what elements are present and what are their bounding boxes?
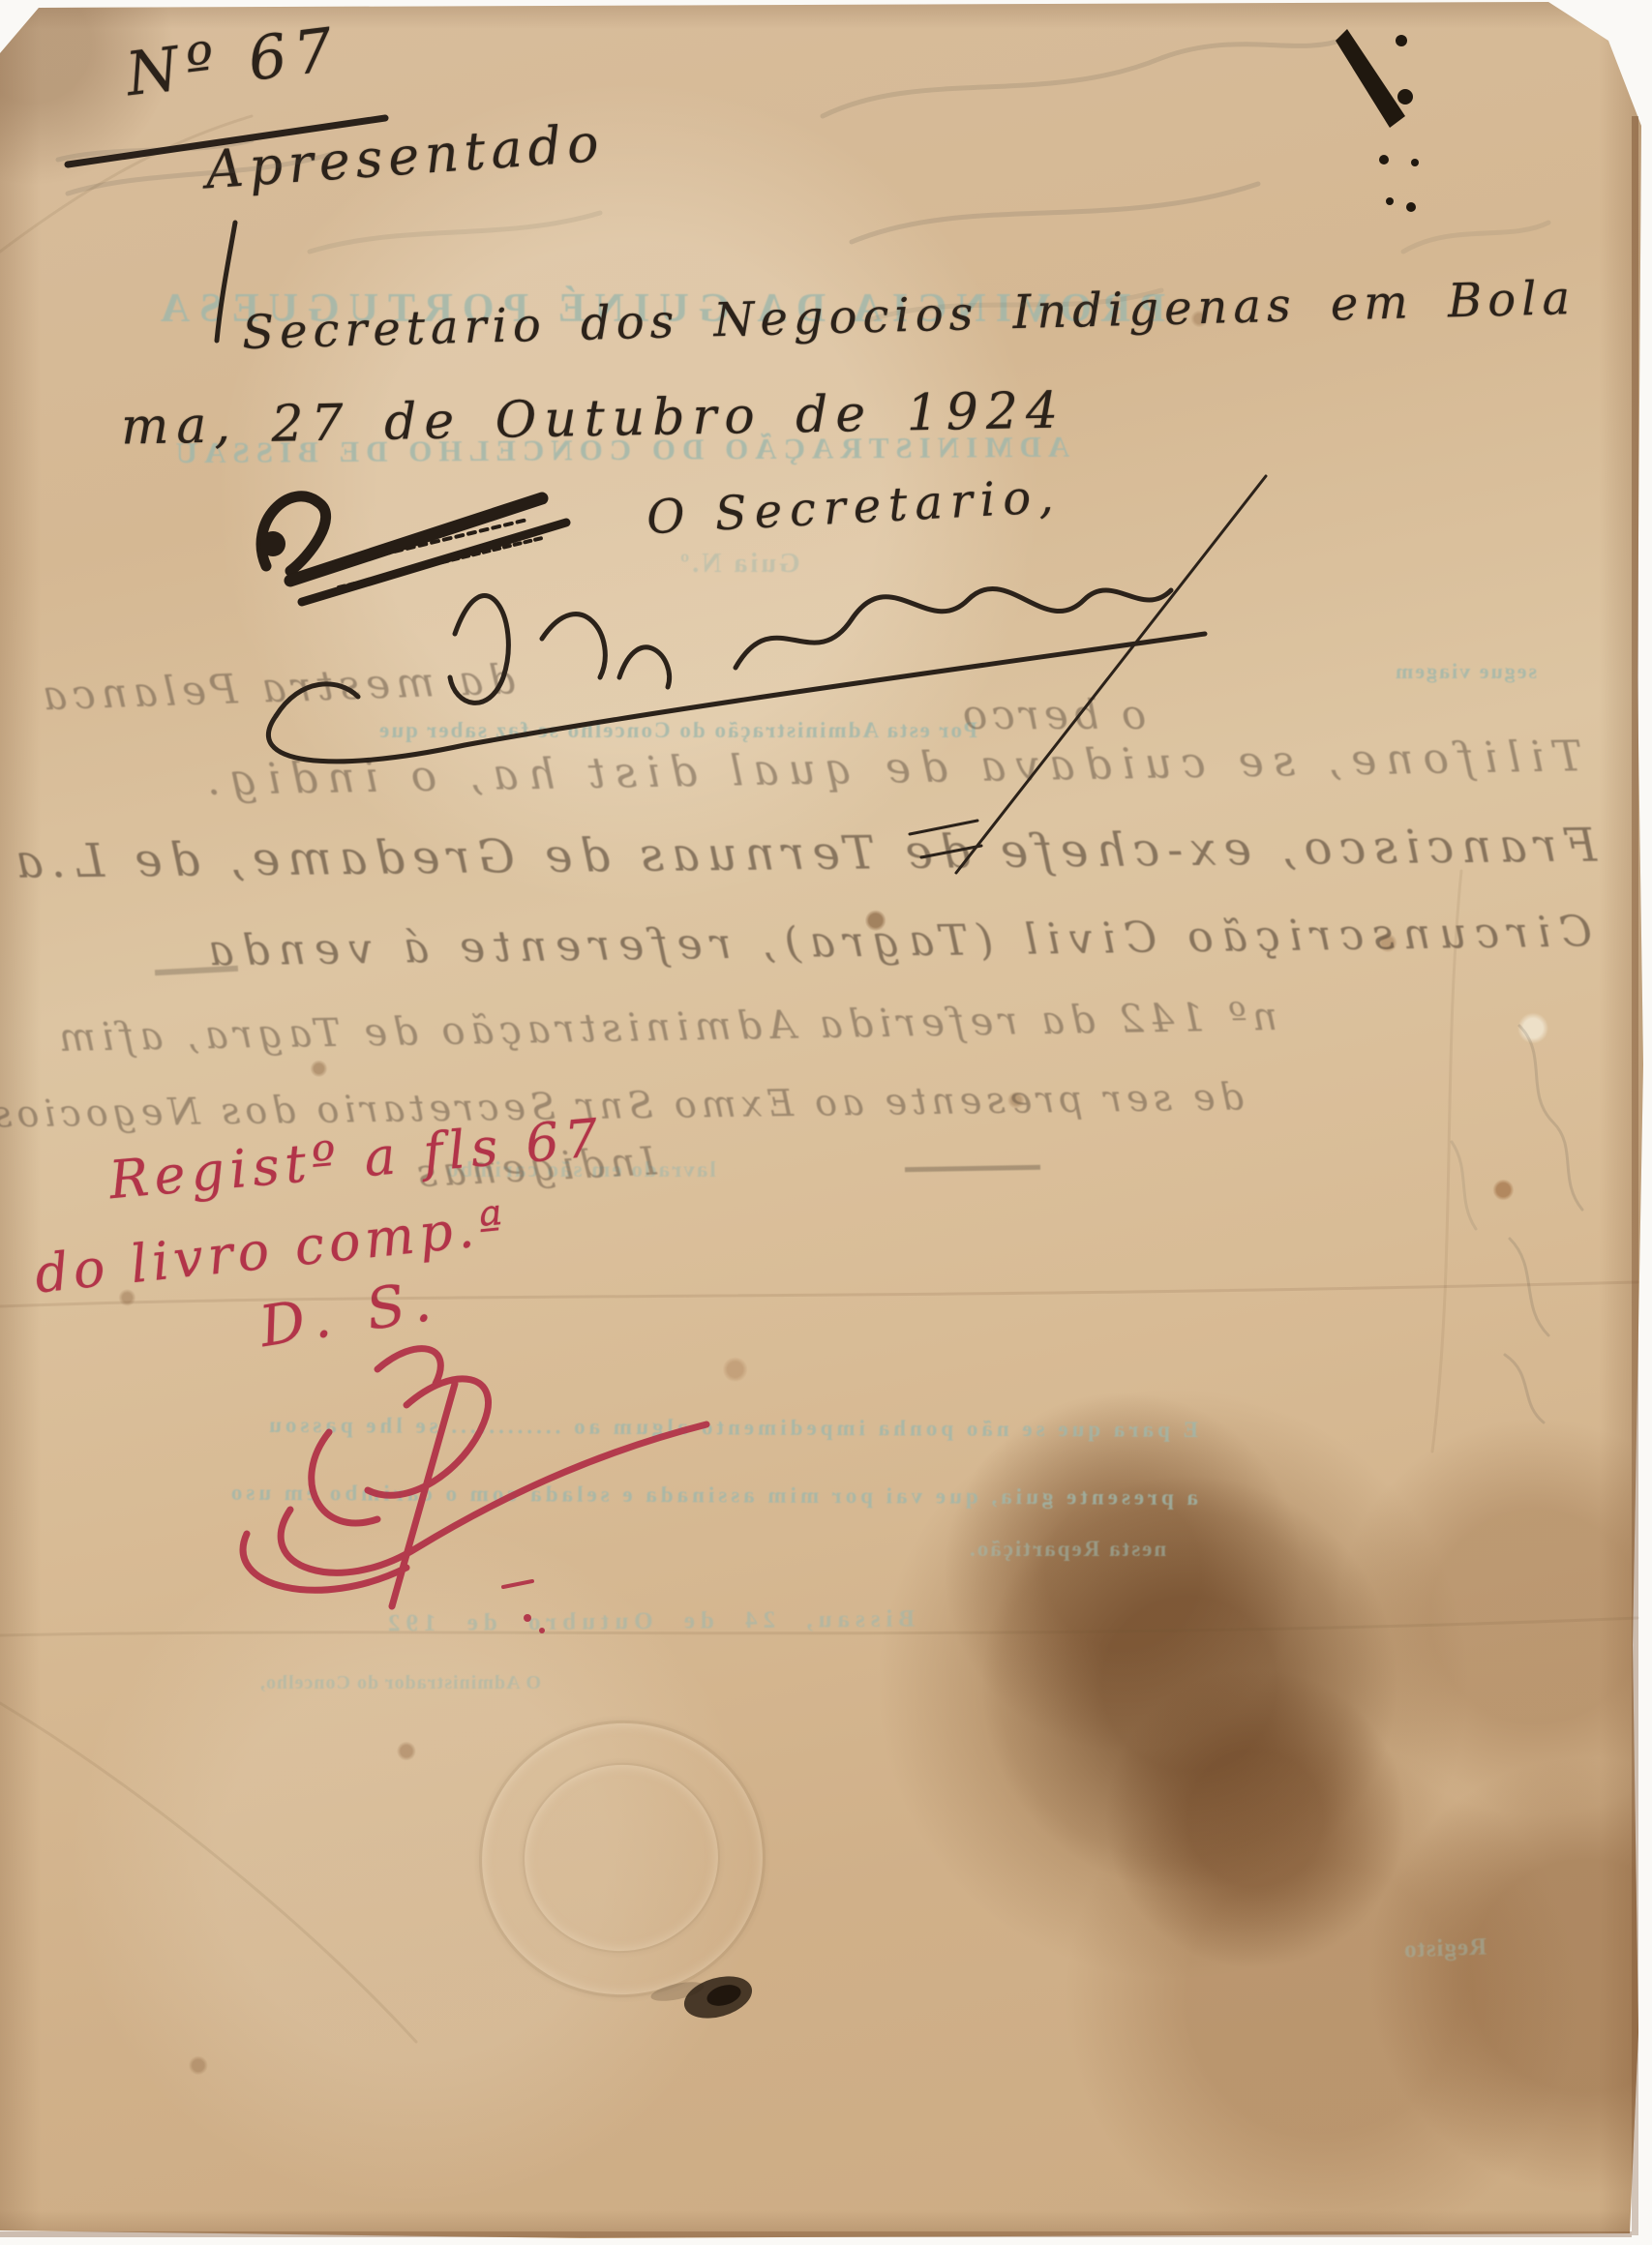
date-line-showthrough: Bissau, 24 de Outubro de 192	[382, 1606, 915, 1637]
administrator-line-showthrough: O Administrador do Concelho,	[259, 1672, 541, 1693]
paper-edge-right	[1632, 116, 1638, 2235]
guia-number-showthrough: Guia N.º	[677, 550, 800, 580]
segue-viagem-showthrough: segue viagem	[1394, 660, 1537, 683]
showthrough-hand-line0b: o berco	[958, 693, 1146, 737]
paper-edge-bottom	[0, 2231, 1632, 2237]
scanned-document: PROVINCIA DA GUINÉ PORTUGUESA ADMINISTRA…	[0, 0, 1652, 2245]
registo-showthrough: Registo	[1403, 1934, 1487, 1963]
intro-line-showthrough: Por esta Administração do Concelho se fa…	[319, 718, 977, 742]
reparticao-showthrough: nesta Repartição.	[968, 1537, 1166, 1561]
